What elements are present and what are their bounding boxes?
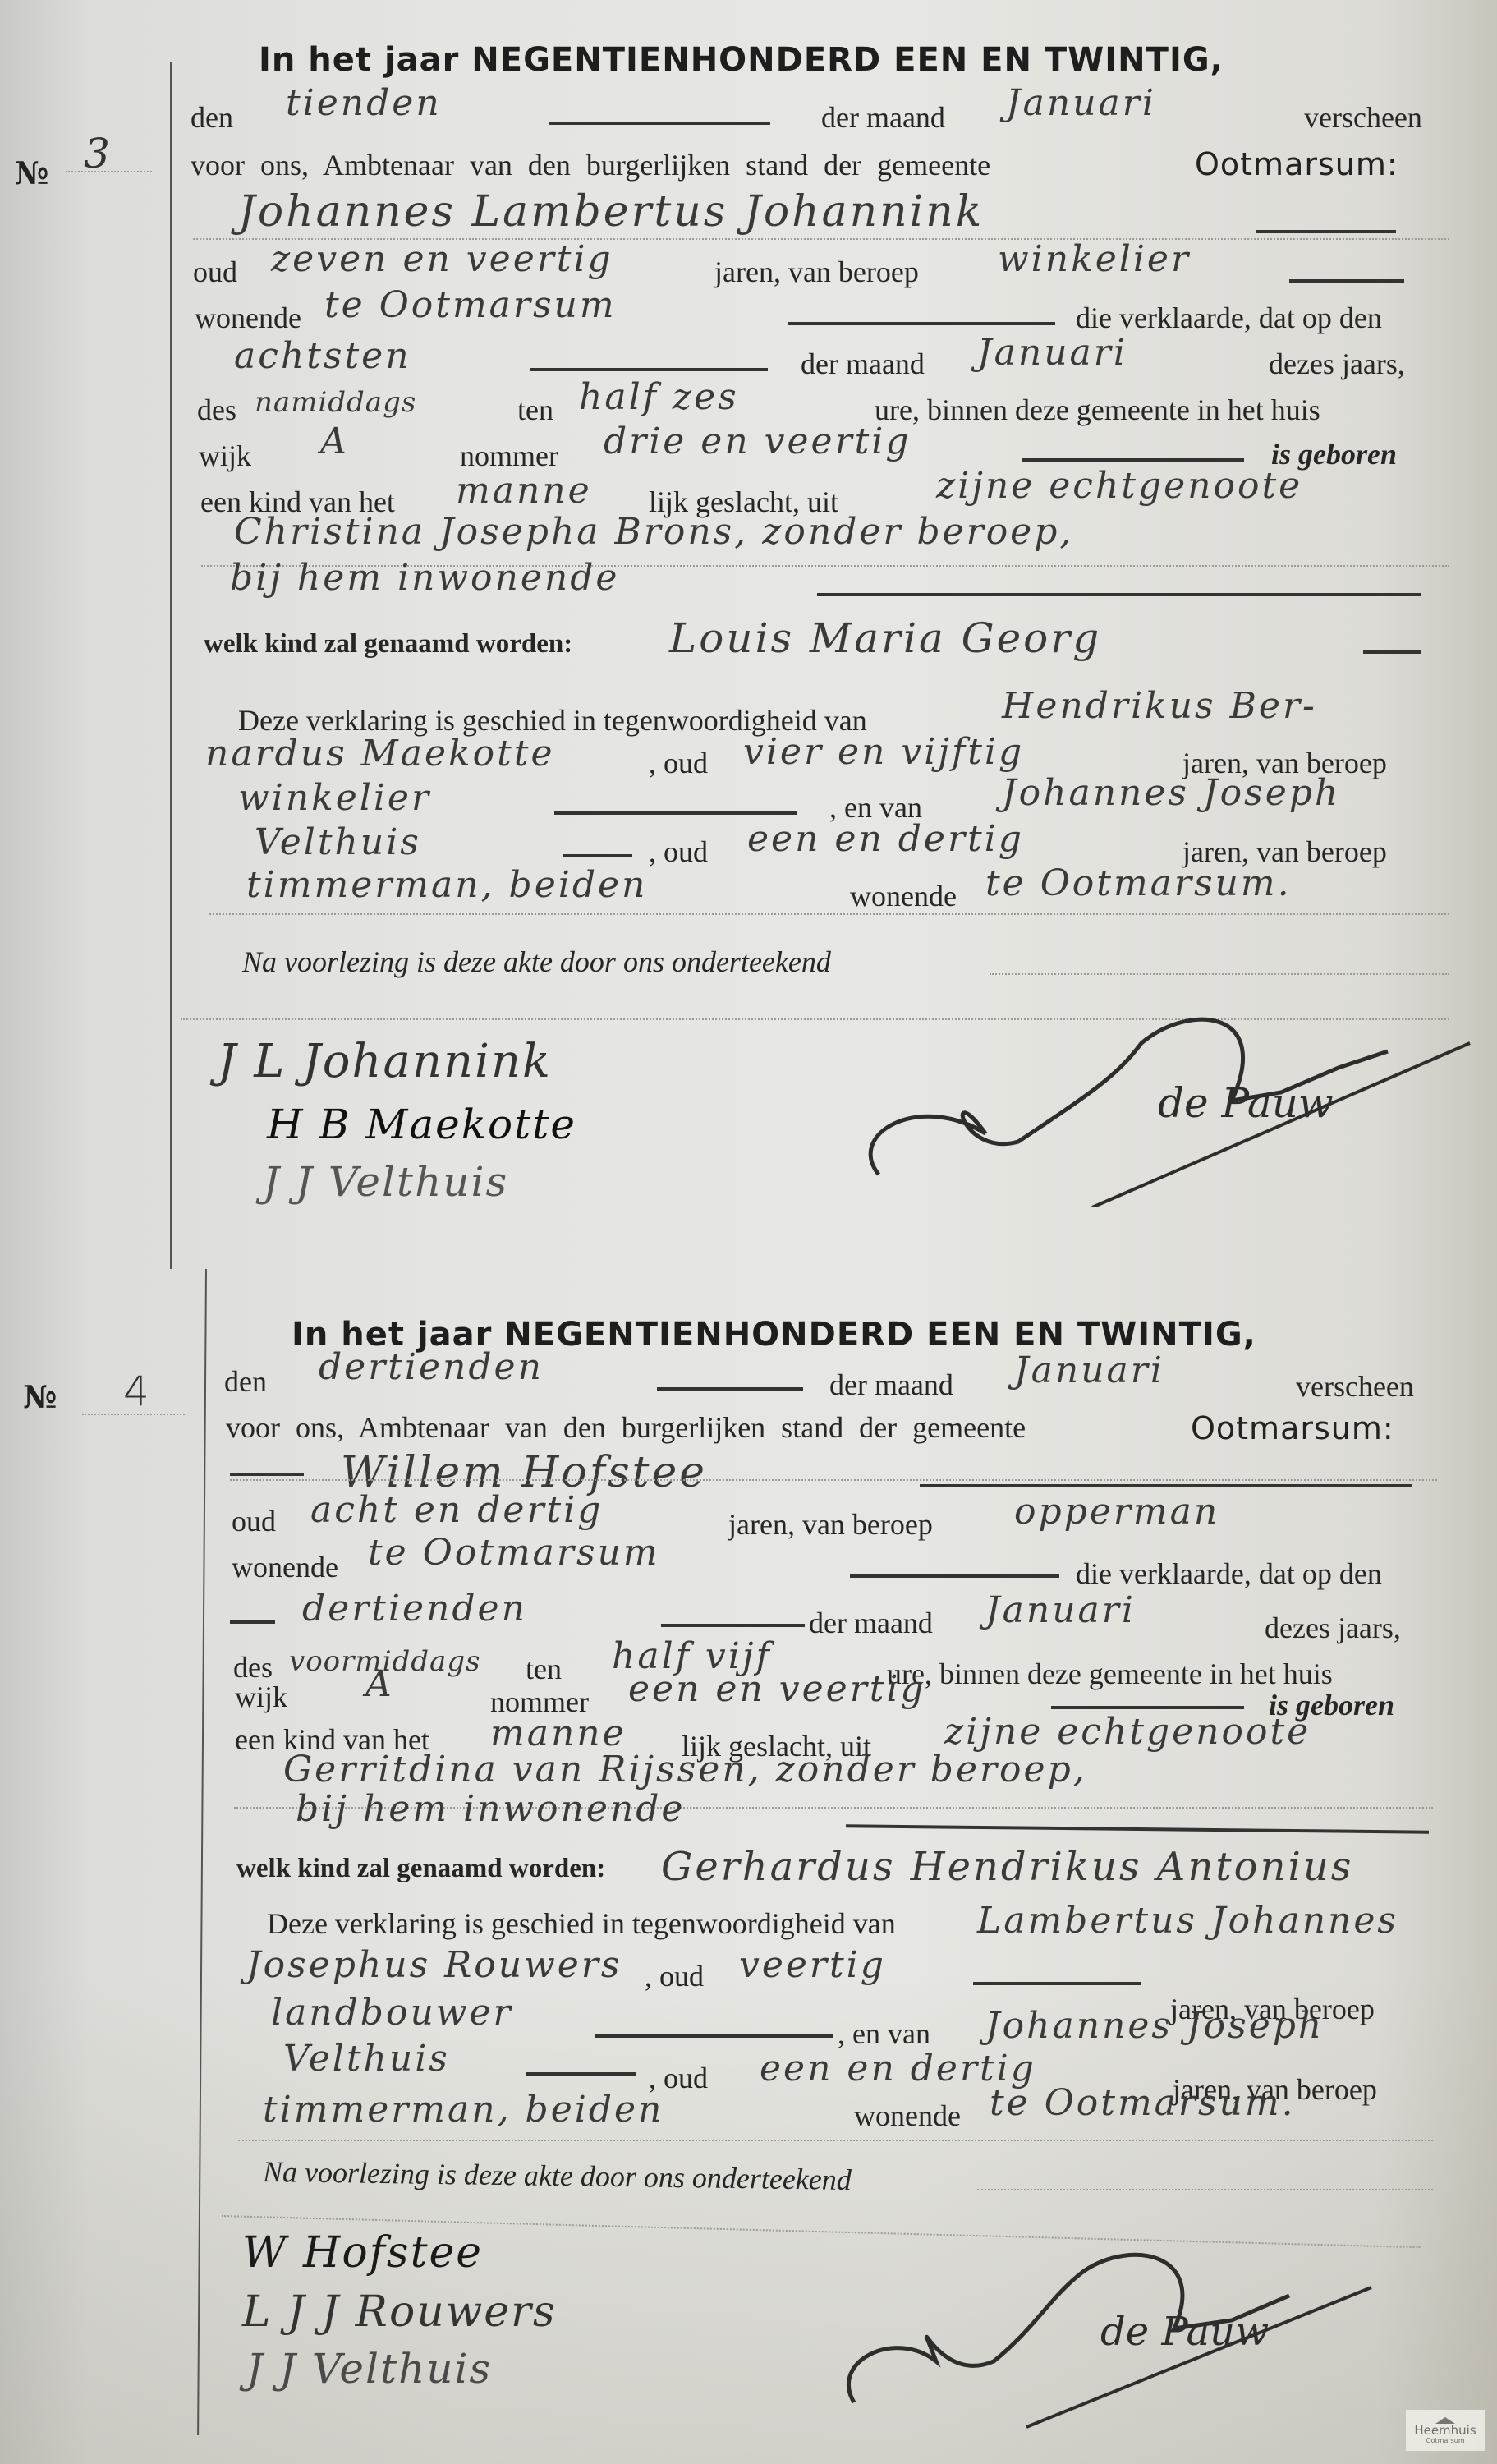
declarant-occupation: opperman <box>1014 1491 1219 1533</box>
day-value: tienden <box>286 82 442 124</box>
fill-line <box>1363 650 1421 654</box>
fill-line <box>788 322 1055 325</box>
label-wonende: wonende <box>850 879 957 913</box>
label-voor-ons: voor ons, Ambtenaar van den burgerlijken… <box>191 148 990 182</box>
cohabitation: bij hem inwonende <box>230 557 619 599</box>
label-oud: , oud <box>649 834 708 869</box>
label-verscheen: verscheen <box>1304 100 1422 135</box>
witness1-age: vier en vijftig <box>743 731 1024 773</box>
house-number: een en veertig <box>628 1668 926 1710</box>
fill-line <box>563 854 632 857</box>
label-der-maand: der maand <box>801 347 925 381</box>
signature-witness1: L J J Rouwers <box>242 2287 557 2337</box>
fill-line <box>230 1620 275 1624</box>
witness2-occupation: timmerman, beiden <box>263 2089 664 2131</box>
fill-line <box>1022 458 1244 462</box>
label-verscheen: verscheen <box>1296 1369 1414 1404</box>
declarant-age: acht en dertig <box>310 1489 603 1531</box>
label-wonende: wonende <box>854 2099 961 2133</box>
label-voor-ons: voor ons, Ambtenaar van den burgerlijken… <box>226 1410 1026 1445</box>
title-lead: In het jaar <box>259 41 459 79</box>
fill-line <box>850 1574 1059 1578</box>
mother-intro: zijne echtgenoote <box>936 465 1302 507</box>
title-year: NEGENTIENHONDERD EEN EN TWINTIG, <box>504 1316 1256 1354</box>
witness1-name-part2: nardus Maekotte <box>205 733 555 775</box>
municipality: Ootmarsum: <box>1191 1410 1394 1446</box>
fill-line <box>554 811 797 815</box>
label-welk-kind: welk kind zal genaamd worden: <box>204 629 572 660</box>
declarant-residence: te Ootmarsum <box>324 284 617 326</box>
official-signature: de Pauw <box>1158 1079 1334 1127</box>
witnesses-residence: te Ootmarsum. <box>990 2082 1296 2124</box>
house-number: drie en veertig <box>604 421 912 462</box>
signature-witness2: J J Velthuis <box>246 2345 492 2393</box>
title-year: NEGENTIENHONDERD EEN EN TWINTIG, <box>471 41 1224 79</box>
label-en-van: , en van <box>838 2016 930 2051</box>
witness2-name-part2: Velthuis <box>255 821 421 863</box>
label-wijk: wijk <box>199 439 251 473</box>
heemhuis-watermark: Heemhuis Ootmarsum <box>1406 2410 1485 2451</box>
label-ure: ure, binnen deze gemeente in het huis <box>887 1657 1333 1691</box>
label-deze-verklaring: Deze verklaring is geschied in tegenwoor… <box>267 1906 896 1941</box>
fill-line <box>846 1824 1429 1833</box>
child-name: Gerhardus Hendrikus Antonius <box>661 1844 1353 1890</box>
label-die-verklaarde: die verklaarde, dat op den <box>1076 301 1382 335</box>
record-number-label: № <box>23 1378 57 1415</box>
dots <box>238 2140 1433 2141</box>
signature-declarant: J L Johannink <box>218 1035 552 1088</box>
mother-intro: zijne echtgenoote <box>944 1711 1311 1753</box>
label-der-maand: der maand <box>821 100 945 135</box>
municipality: Ootmarsum: <box>1195 146 1398 182</box>
witness2-name-part1: Johannes Joseph <box>985 2005 1324 2047</box>
fill-line <box>661 1624 805 1627</box>
signature-witness2: J J Velthuis <box>263 1158 508 1206</box>
label-den: den <box>224 1364 267 1399</box>
fill-line <box>530 368 768 371</box>
label-nommer: nommer <box>460 439 558 473</box>
watermark-title: Heemhuis <box>1414 2424 1476 2437</box>
label-jaren-beroep: jaren, van beroep <box>714 255 919 289</box>
birth-month: Januari <box>977 332 1127 374</box>
mother-name: Gerritdina van Rijssen, zonder beroep, <box>283 1749 1087 1791</box>
witness1-age: veertig <box>739 1944 886 1986</box>
record-number: 4 <box>123 1368 149 1415</box>
fill-line <box>1256 230 1396 233</box>
label-wonende: wonende <box>195 301 301 335</box>
signature-witness1: H B Maekotte <box>267 1101 576 1148</box>
daypart: namiddags <box>255 386 416 419</box>
record-title: In het jaar NEGENTIENHONDERD EEN EN TWIN… <box>259 41 1224 79</box>
dots <box>990 973 1449 975</box>
fill-line <box>1289 279 1404 283</box>
label-den: den <box>191 100 233 135</box>
label-welk-kind: welk kind zal genaamd worden: <box>236 1854 605 1884</box>
dots <box>977 2189 1433 2190</box>
label-der-maand: der maand <box>809 1606 933 1640</box>
child-name: Louis Maria Georg <box>669 614 1101 662</box>
fill-line <box>973 1982 1141 1985</box>
fill-line <box>549 122 770 125</box>
witnesses-residence: te Ootmarsum. <box>985 862 1292 904</box>
label-die-verklaarde: die verklaarde, dat op den <box>1076 1556 1382 1591</box>
record-number-label: № <box>15 154 48 191</box>
official-signature: de Pauw <box>1100 2309 1269 2355</box>
witness1-name-part1: Hendrikus Ber- <box>1002 685 1317 727</box>
label-wijk: wijk <box>235 1680 287 1714</box>
official-signature-flourish: de Pauw <box>829 2238 1404 2435</box>
cohabitation: bij hem inwonende <box>296 1788 685 1830</box>
declarant-residence: te Ootmarsum <box>368 1532 660 1574</box>
month-value: Januari <box>1014 1349 1164 1391</box>
label-ten: ten <box>517 393 553 427</box>
label-ten: ten <box>526 1652 562 1686</box>
witness1-occupation: landbouwer <box>271 1992 513 2034</box>
witness2-age: een en dertig <box>747 818 1024 860</box>
birth-day: achtsten <box>234 335 411 377</box>
wijk-value: A <box>320 421 349 462</box>
label-oud: , oud <box>649 746 708 780</box>
label-na-voorlezing: Na voorlezing is deze akte door ons onde… <box>263 2154 852 2197</box>
official-signature-flourish: de Pauw <box>846 994 1495 1207</box>
day-value: dertienden <box>319 1346 544 1388</box>
fill-line <box>920 1484 1412 1487</box>
child-sex: manne <box>456 470 592 512</box>
wijk-value: A <box>365 1663 394 1705</box>
witness1-name-part1: Lambertus Johannes <box>977 1900 1398 1942</box>
fill-line <box>1051 1706 1244 1709</box>
label-der-maand: der maand <box>829 1368 953 1402</box>
month-value: Januari <box>1006 82 1156 124</box>
mother-name: Christina Josepha Brons, zonder beroep, <box>234 511 1073 553</box>
birth-day: dertienden <box>302 1588 527 1630</box>
fill-line <box>230 1473 304 1476</box>
label-oud: oud <box>193 255 237 289</box>
dots <box>66 171 152 172</box>
fill-line <box>595 2034 833 2038</box>
witness1-name-part2: Josephus Rouwers <box>246 1944 622 1986</box>
fill-line <box>657 1387 803 1391</box>
witness2-name-part2: Velthuis <box>283 2038 450 2080</box>
witness1-occupation: winkelier <box>238 777 431 819</box>
label-des: des <box>197 393 236 427</box>
fill-line <box>526 2072 636 2076</box>
fill-line <box>817 593 1421 596</box>
declarant-name: Johannes Lambertus Johannink <box>238 187 984 237</box>
label-na-voorlezing: Na voorlezing is deze akte door ons onde… <box>242 945 831 979</box>
signature-declarant: W Hofstee <box>242 2228 483 2278</box>
watermark-subtitle: Ootmarsum <box>1426 2437 1464 2444</box>
label-wonende: wonende <box>232 1550 338 1584</box>
label-dezes-jaars: dezes jaars, <box>1265 1611 1401 1645</box>
label-jaren-beroep: jaren, van beroep <box>728 1507 933 1542</box>
margin-rule <box>197 1269 207 2435</box>
birth-month: Januari <box>985 1589 1136 1631</box>
declarant-age: zeven en veertig <box>271 238 613 280</box>
label-oud: oud <box>232 1504 276 1538</box>
label-oud: , oud <box>645 1959 704 1993</box>
label-ure: ure, binnen deze gemeente in het huis <box>875 393 1320 427</box>
dots <box>230 1479 1437 1481</box>
witness2-occupation: timmerman, beiden <box>246 864 647 906</box>
label-dezes-jaars: dezes jaars, <box>1269 347 1405 381</box>
dots <box>82 1414 185 1415</box>
witness2-name-part1: Johannes Joseph <box>1002 772 1340 814</box>
margin-rule <box>170 62 172 1269</box>
declarant-occupation: winkelier <box>998 238 1191 280</box>
birth-time: half zes <box>579 376 739 418</box>
dots <box>209 913 1449 915</box>
